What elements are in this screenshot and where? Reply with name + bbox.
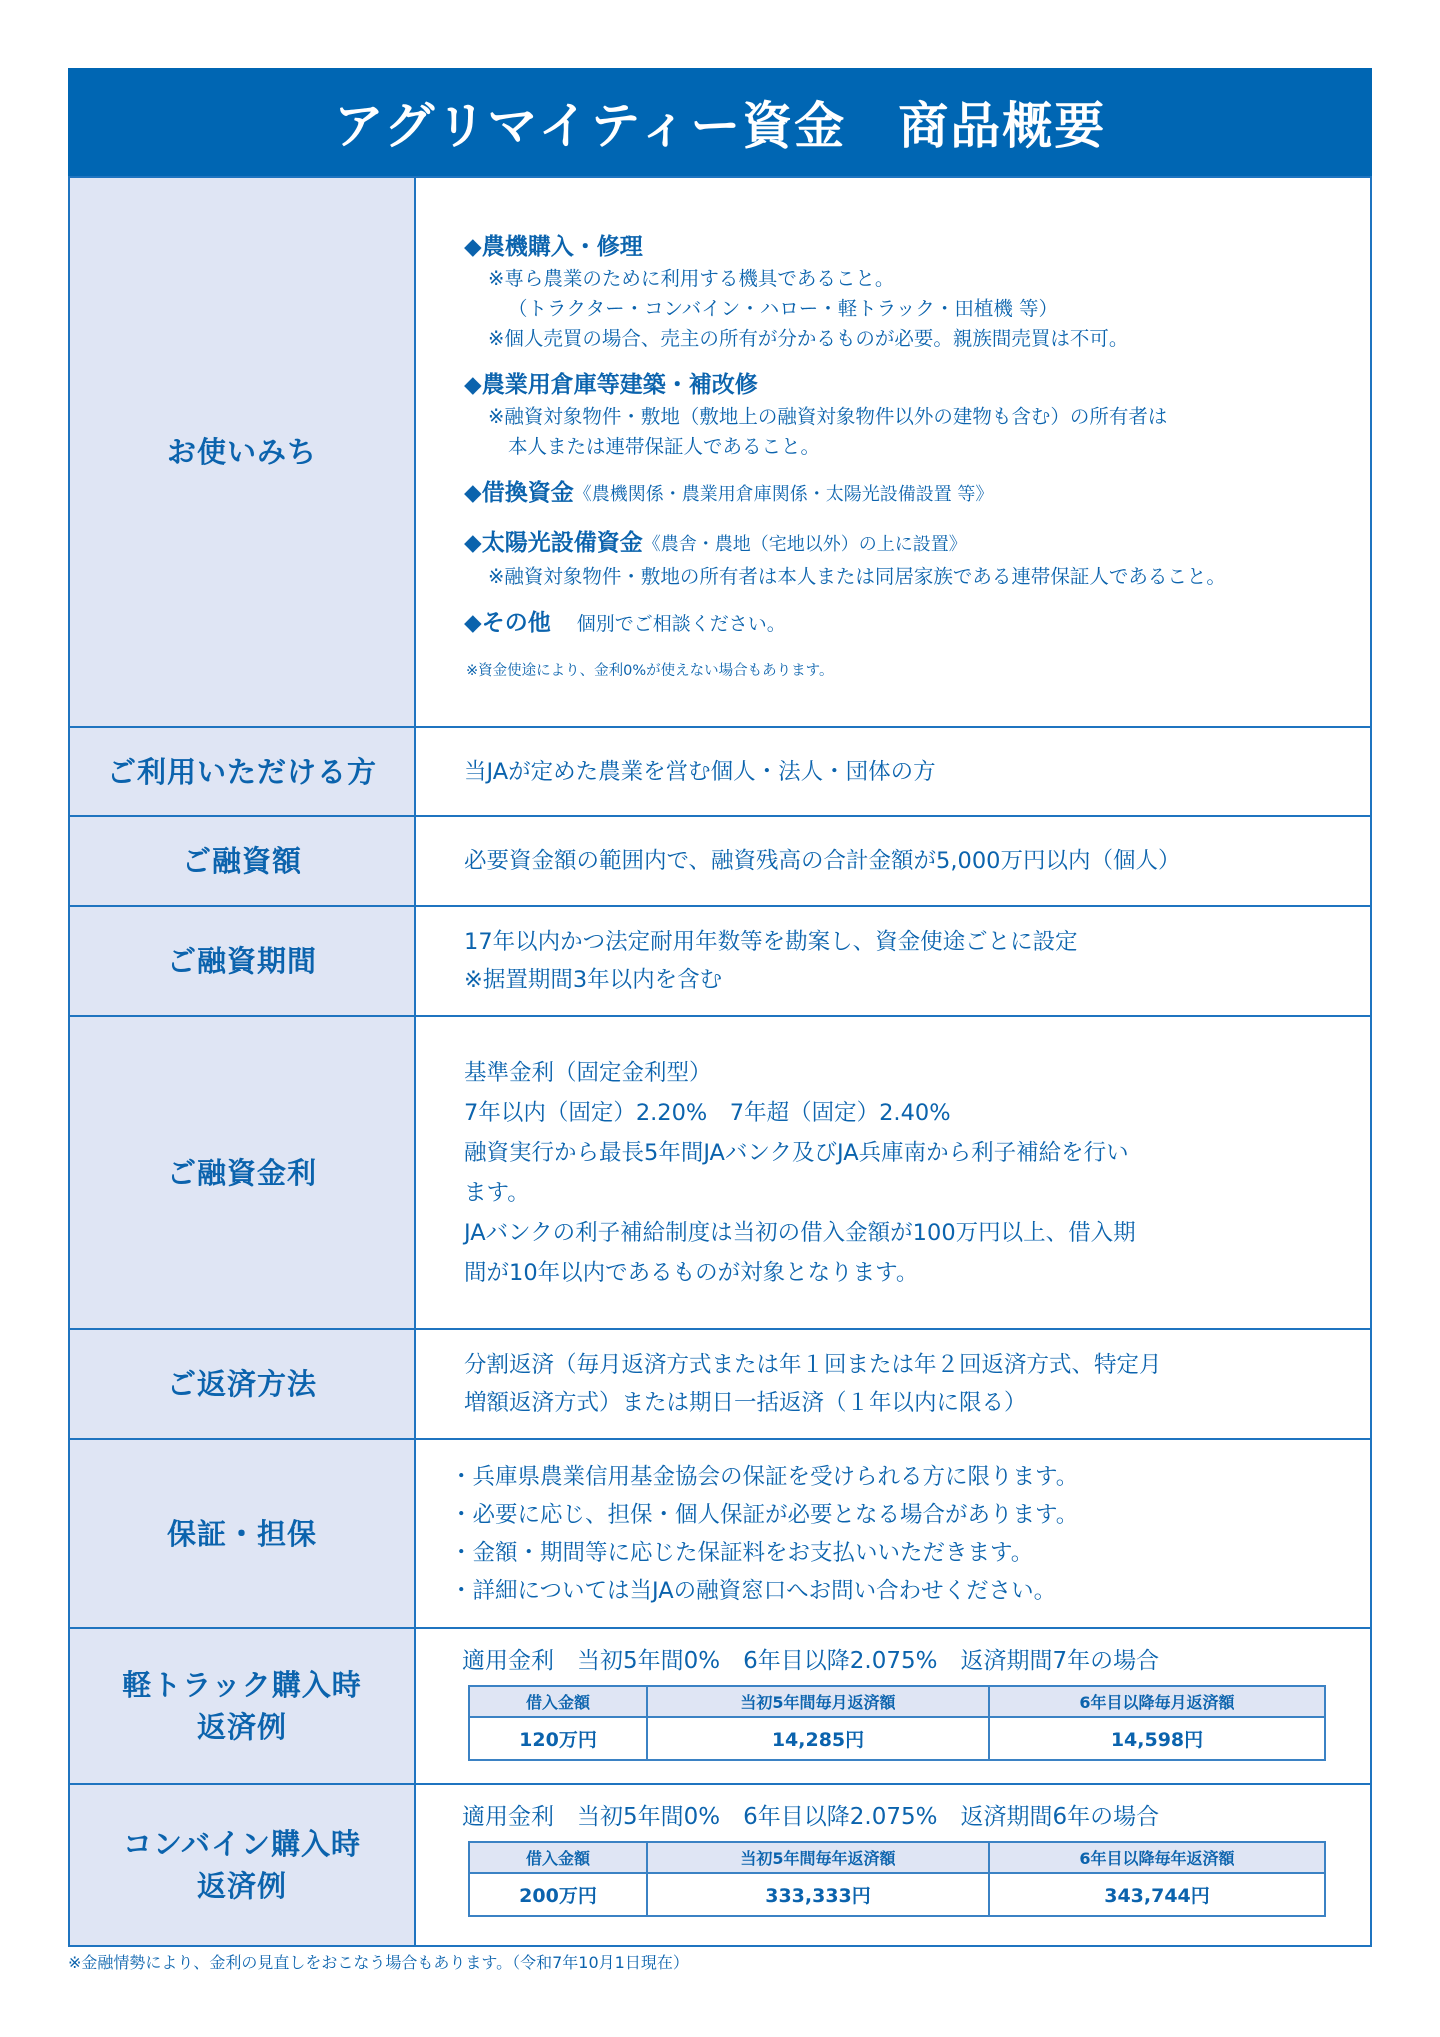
row-combine-example: コンバイン購入時 返済例 適用金利 当初5年間0% 6年目以降2.075% 返済… (69, 1784, 1371, 1946)
row-content-amount: 必要資金額の範囲内で、融資残高の合計金額が5,000万円以内（個人） (415, 816, 1371, 906)
row-amount: ご融資額 必要資金額の範囲内で、融資残高の合計金額が5,000万円以内（個人） (69, 816, 1371, 906)
title-bar: アグリマイティー資金 商品概要 (68, 68, 1372, 176)
row-eligible: ご利用いただける方 当JAが定めた農業を営む個人・法人・団体の方 (69, 727, 1371, 816)
product-overview-sheet: アグリマイティー資金 商品概要 お使いみち ◆農機購入・修理 ※専ら農業のために… (68, 68, 1372, 1947)
cell-initial-payment: 14,285円 (647, 1717, 989, 1760)
row-label-guarantee: 保証・担保 (69, 1439, 415, 1628)
usage-note: ※融資対象物件・敷地（敷地上の融資対象物件以外の建物も含む）の所有者は (464, 402, 1370, 432)
usage-head-solar: ◆太陽光設備資金《農舎・農地（宅地以外）の上に設置》 (464, 526, 1370, 562)
usage-note: ※融資対象物件・敷地の所有者は本人または同居家族である連帯保証人であること。 (464, 562, 1370, 592)
col-initial-payment: 当初5年間毎月返済額 (647, 1686, 989, 1717)
row-label-period: ご融資期間 (69, 906, 415, 1016)
usage-head-warehouse: ◆農業用倉庫等建築・補改修 (464, 368, 1370, 402)
col-later-payment: 6年目以降毎年返済額 (989, 1842, 1325, 1873)
cell-initial-payment: 333,333円 (647, 1873, 989, 1916)
usage-head-other: ◆その他個別でご相談ください。 (464, 606, 1370, 641)
row-rate: ご融資金利 基準金利（固定金利型） 7年以内（固定）2.20% 7年超（固定）2… (69, 1016, 1371, 1329)
row-repayment: ご返済方法 分割返済（毎月返済方式または年１回または年２回返済方式、特定月 増額… (69, 1329, 1371, 1439)
row-label-eligible: ご利用いただける方 (69, 727, 415, 816)
row-truck-example: 軽トラック購入時 返済例 適用金利 当初5年間0% 6年目以降2.075% 返済… (69, 1628, 1371, 1784)
row-content-period: 17年以内かつ法定耐用年数等を勘案し、資金使途ごとに設定 ※据置期間3年以内を含… (415, 906, 1371, 1016)
row-content-guarantee: ・兵庫県農業信用基金協会の保証を受けられる方に限ります。 ・必要に応じ、担保・個… (415, 1439, 1371, 1628)
combine-example-table: 借入金額 当初5年間毎年返済額 6年目以降毎年返済額 200万円 333,333… (468, 1841, 1326, 1917)
overview-table: お使いみち ◆農機購入・修理 ※専ら農業のために利用する機具であること。 （トラ… (68, 176, 1372, 1947)
col-later-payment: 6年目以降毎月返済額 (989, 1686, 1325, 1717)
col-initial-payment: 当初5年間毎年返済額 (647, 1842, 989, 1873)
row-guarantee: 保証・担保 ・兵庫県農業信用基金協会の保証を受けられる方に限ります。 ・必要に応… (69, 1439, 1371, 1628)
usage-sub: 《農舎・農地（宅地以外）の上に設置》 (643, 534, 967, 555)
cell-later-payment: 14,598円 (989, 1717, 1325, 1760)
row-label-truck-example: 軽トラック購入時 返済例 (69, 1628, 415, 1784)
cell-loan-amount: 200万円 (469, 1873, 647, 1916)
example-header: 適用金利 当初5年間0% 6年目以降2.075% 返済期間7年の場合 (462, 1643, 1370, 1679)
row-content-eligible: 当JAが定めた農業を営む個人・法人・団体の方 (415, 727, 1371, 816)
row-label-combine-example: コンバイン購入時 返済例 (69, 1784, 415, 1946)
row-label-amount: ご融資額 (69, 816, 415, 906)
truck-example-table: 借入金額 当初5年間毎月返済額 6年目以降毎月返済額 120万円 14,285円… (468, 1685, 1326, 1761)
row-content-combine-example: 適用金利 当初5年間0% 6年目以降2.075% 返済期間6年の場合 借入金額 … (415, 1784, 1371, 1946)
usage-head-refinance: ◆借換資金《農機関係・農業用倉庫関係・太陽光設備設置 等》 (464, 476, 1370, 512)
example-header: 適用金利 当初5年間0% 6年目以降2.075% 返済期間6年の場合 (462, 1799, 1370, 1835)
row-label-usage: お使いみち (69, 177, 415, 727)
row-period: ご融資期間 17年以内かつ法定耐用年数等を勘案し、資金使途ごとに設定 ※据置期間… (69, 906, 1371, 1016)
usage-note: ※個人売買の場合、売主の所有が分かるものが必要。親族間売買は不可。 (464, 324, 1370, 354)
usage-aside: 個別でご相談ください。 (577, 613, 786, 635)
usage-head-machinery: ◆農機購入・修理 (464, 230, 1370, 264)
row-content-usage: ◆農機購入・修理 ※専ら農業のために利用する機具であること。 （トラクター・コン… (415, 177, 1371, 727)
cell-later-payment: 343,744円 (989, 1873, 1325, 1916)
row-label-repayment: ご返済方法 (69, 1329, 415, 1439)
page-title: アグリマイティー資金 商品概要 (334, 86, 1107, 158)
usage-fine-print: ※資金使途により、金利0%が使えない場合もあります。 (464, 659, 1370, 680)
row-usage: お使いみち ◆農機購入・修理 ※専ら農業のために利用する機具であること。 （トラ… (69, 177, 1371, 727)
footer-note: ※金融情勢により、金利の見直しをおこなう場合もあります。（令和7年10月1日現在… (68, 1950, 689, 1973)
usage-sub: 《農機関係・農業用倉庫関係・太陽光設備設置 等》 (574, 484, 994, 505)
usage-note: 本人または連帯保証人であること。 (464, 432, 1370, 462)
row-content-truck-example: 適用金利 当初5年間0% 6年目以降2.075% 返済期間7年の場合 借入金額 … (415, 1628, 1371, 1784)
col-loan-amount: 借入金額 (469, 1686, 647, 1717)
cell-loan-amount: 120万円 (469, 1717, 647, 1760)
col-loan-amount: 借入金額 (469, 1842, 647, 1873)
row-content-repayment: 分割返済（毎月返済方式または年１回または年２回返済方式、特定月 増額返済方式）ま… (415, 1329, 1371, 1439)
base-rate: 7年以内（固定）2.20% 7年超（固定）2.40% (464, 1093, 1370, 1133)
row-label-rate: ご融資金利 (69, 1016, 415, 1329)
usage-note: ※専ら農業のために利用する機具であること。 (464, 264, 1370, 294)
row-content-rate: 基準金利（固定金利型） 7年以内（固定）2.20% 7年超（固定）2.40% 融… (415, 1016, 1371, 1329)
usage-note: （トラクター・コンバイン・ハロー・軽トラック・田植機 等） (464, 294, 1370, 324)
